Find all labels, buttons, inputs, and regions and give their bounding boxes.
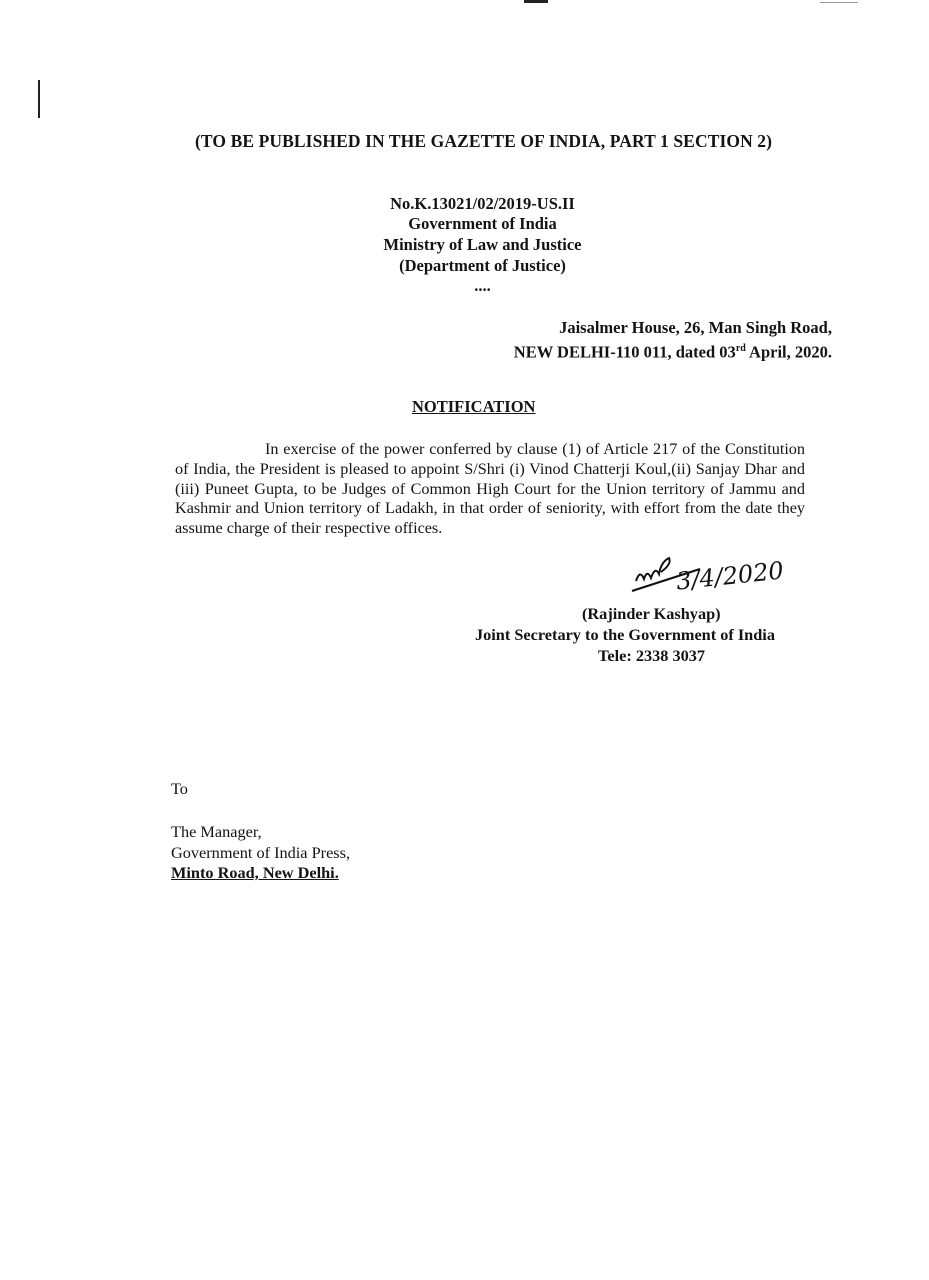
government-name: Government of India	[0, 214, 929, 234]
address-date-prefix: NEW DELHI-110 011, dated 03	[514, 343, 736, 362]
signatory-phone: Tele: 2338 3037	[598, 646, 705, 666]
file-number: No.K.13021/02/2019-US.II	[0, 194, 929, 214]
recipient-line-1: The Manager,	[171, 822, 262, 842]
date-ordinal-suffix: rd	[736, 343, 746, 354]
header-separator: ....	[0, 276, 929, 296]
ministry-name: Ministry of Law and Justice	[0, 235, 929, 255]
recipient-line-2: Government of India Press,	[171, 843, 350, 863]
recipient-line-3: Minto Road, New Delhi.	[171, 863, 339, 883]
scan-artifact-mark	[38, 80, 40, 118]
gazette-publication-line: (TO BE PUBLISHED IN THE GAZETTE OF INDIA…	[195, 131, 772, 152]
to-label: To	[171, 779, 188, 799]
scan-artifact-mark	[820, 2, 858, 3]
notification-body: In exercise of the power conferred by cl…	[175, 440, 805, 539]
department-name: (Department of Justice)	[0, 256, 929, 276]
signatory-name: (Rajinder Kashyap)	[582, 604, 721, 624]
notification-title: NOTIFICATION	[412, 397, 535, 417]
scan-artifact-mark	[524, 0, 548, 3]
address-line-1: Jaisalmer House, 26, Man Singh Road,	[559, 318, 832, 338]
signatory-designation: Joint Secretary to the Government of Ind…	[475, 625, 775, 645]
address-date-suffix: April, 2020.	[746, 343, 832, 362]
address-line-2: NEW DELHI-110 011, dated 03rd April, 202…	[514, 339, 832, 363]
